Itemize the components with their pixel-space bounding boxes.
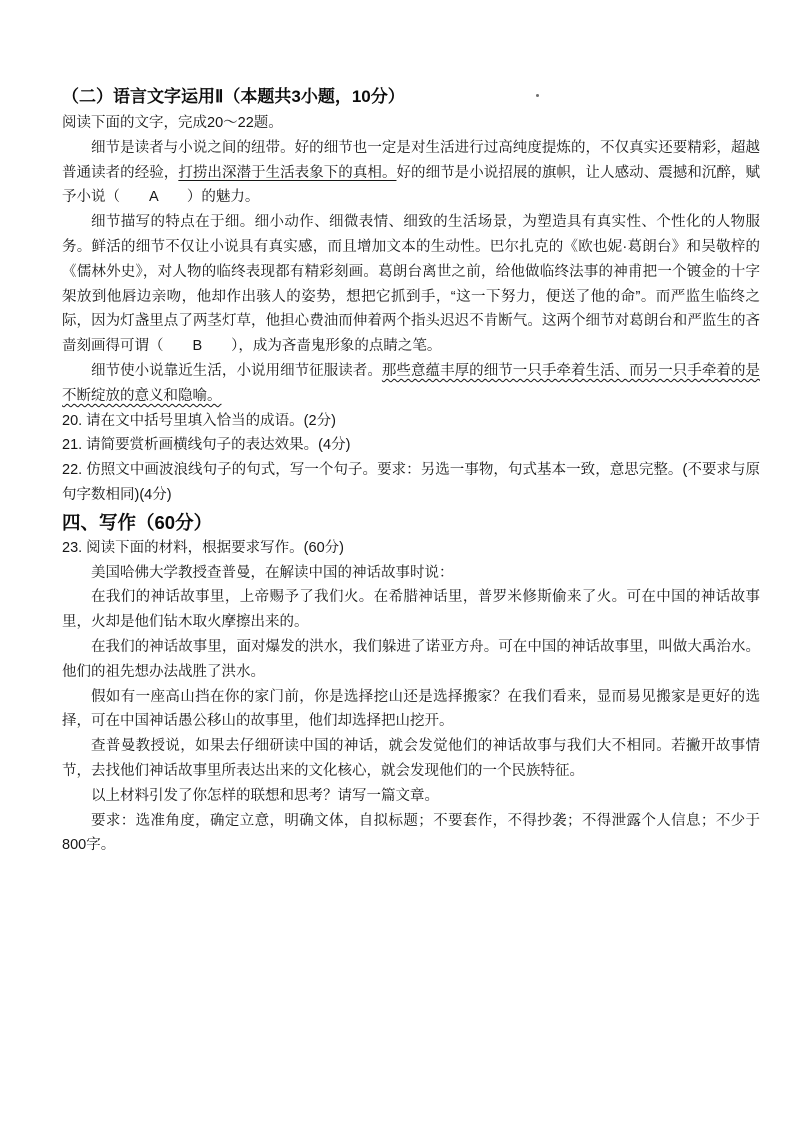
question-20: 20. 请在文中括号里填入恰当的成语。(2分) bbox=[62, 409, 760, 434]
question-23: 23. 阅读下面的材料，根据要求写作。(60分) bbox=[62, 536, 760, 561]
reading-instruction: 阅读下面的文字，完成20～22题。 bbox=[62, 111, 760, 136]
material-paragraph-6: 以上材料引发了你怎样的联想和思考？请写一篇文章。 bbox=[62, 784, 760, 809]
paragraph-3-text-before: 细节使小说靠近生活，小说用细节征服读者。 bbox=[91, 363, 382, 379]
section-writing-heading: 四、写作（60分） bbox=[62, 509, 760, 536]
section-language-use-heading: （二）语言文字运用Ⅱ（本题共3小题，10分） bbox=[62, 84, 760, 110]
material-paragraph-1: 美国哈佛大学教授查普曼，在解读中国的神话故事时说： bbox=[62, 561, 760, 586]
material-paragraph-4: 假如有一座高山挡在你的家门前，你是选择挖山还是选择搬家？在我们看来，显而易见搬家… bbox=[62, 685, 760, 735]
passage-paragraph-3: 细节使小说靠近生活，小说用细节征服读者。那些意蕴丰厚的细节一只手牵着生活、而另一… bbox=[62, 359, 760, 409]
exam-content: （二）语言文字运用Ⅱ（本题共3小题，10分） 阅读下面的文字，完成20～22题。… bbox=[62, 84, 760, 858]
material-paragraph-5: 查普曼教授说，如果去仔细研读中国的神话，就会发觉他们的神话故事与我们大不相同。若… bbox=[62, 734, 760, 784]
question-21: 21. 请简要赏析画横线句子的表达效果。(4分) bbox=[62, 433, 760, 458]
paragraph-1-underlined-sentence: 打捞出深潜于生活表象下的真相。 bbox=[178, 165, 396, 181]
question-22: 22. 仿照文中画波浪线句子的句式，写一个句子。要求：另选一事物，句式基本一致，… bbox=[62, 458, 760, 508]
exam-page: （二）语言文字运用Ⅱ（本题共3小题，10分） 阅读下面的文字，完成20～22题。… bbox=[0, 0, 800, 1132]
material-paragraph-3: 在我们的神话故事里，面对爆发的洪水，我们躲进了诺亚方舟。可在中国的神话故事里，叫… bbox=[62, 635, 760, 685]
scan-artifact-dot bbox=[536, 94, 539, 97]
writing-requirements: 要求：选准角度，确定立意，明确文体，自拟标题；不要套作，不得抄袭；不得泄露个人信… bbox=[62, 809, 760, 859]
passage-paragraph-1: 细节是读者与小说之间的纽带。好的细节也一定是对生活进行过高纯度提炼的，不仅真实还… bbox=[62, 136, 760, 210]
material-paragraph-2: 在我们的神话故事里，上帝赐予了我们火。在希腊神话里，普罗米修斯偷来了火。可在中国… bbox=[62, 585, 760, 635]
passage-paragraph-2: 细节描写的特点在于细。细小动作、细微表情、细致的生活场景，为塑造具有真实性、个性… bbox=[62, 210, 760, 359]
